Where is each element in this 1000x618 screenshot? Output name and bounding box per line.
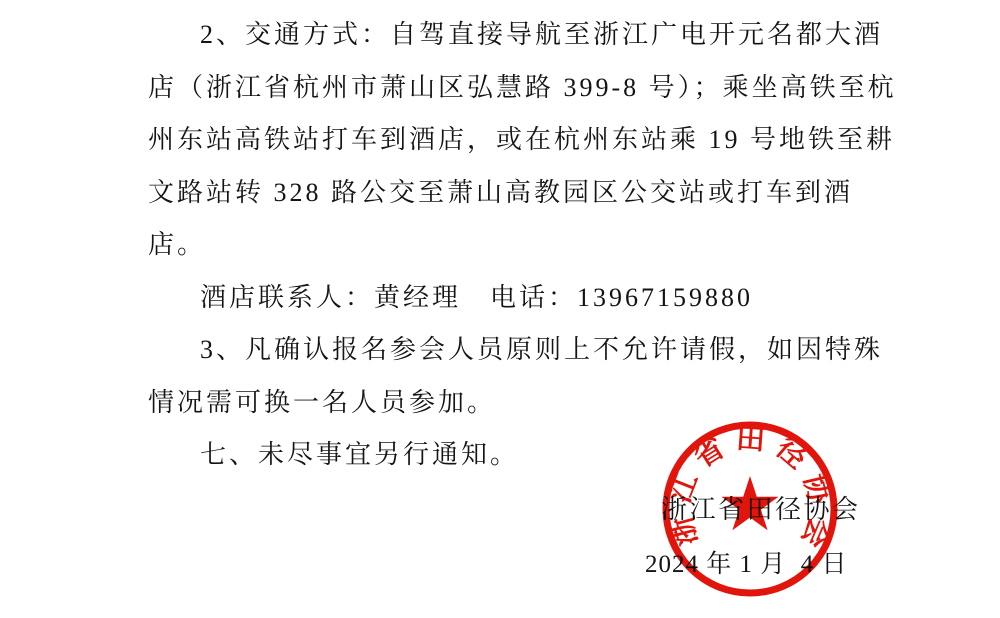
text-line-4: 文路站转 328 路公交至萧山高教园区公交站或打车到酒 [148, 167, 868, 220]
text-line-2: 店（浙江省杭州市萧山区弘慧路 399-8 号）；乘坐高铁至杭 [148, 62, 868, 115]
body-text: 2、交通方式：自驾直接导航至浙江广电开元名都大酒 店（浙江省杭州市萧山区弘慧路 … [148, 9, 868, 482]
text-line-7: 3、凡确认报名参会人员原则上不允许请假，如因特殊 [148, 324, 868, 377]
seal-star-icon [722, 476, 779, 530]
text-line-1: 2、交通方式：自驾直接导航至浙江广电开元名都大酒 [148, 9, 868, 62]
official-seal: 浙江省田径协会 [655, 412, 847, 604]
text-line-6: 酒店联系人：黄经理 电话：13967159880 [148, 272, 868, 325]
text-line-5: 店。 [148, 219, 868, 272]
document-page: 2、交通方式：自驾直接导航至浙江广电开元名都大酒 店（浙江省杭州市萧山区弘慧路 … [0, 0, 1000, 618]
text-line-3: 州东站高铁站打车到酒店，或在杭州东站乘 19 号地铁至耕 [148, 114, 868, 167]
